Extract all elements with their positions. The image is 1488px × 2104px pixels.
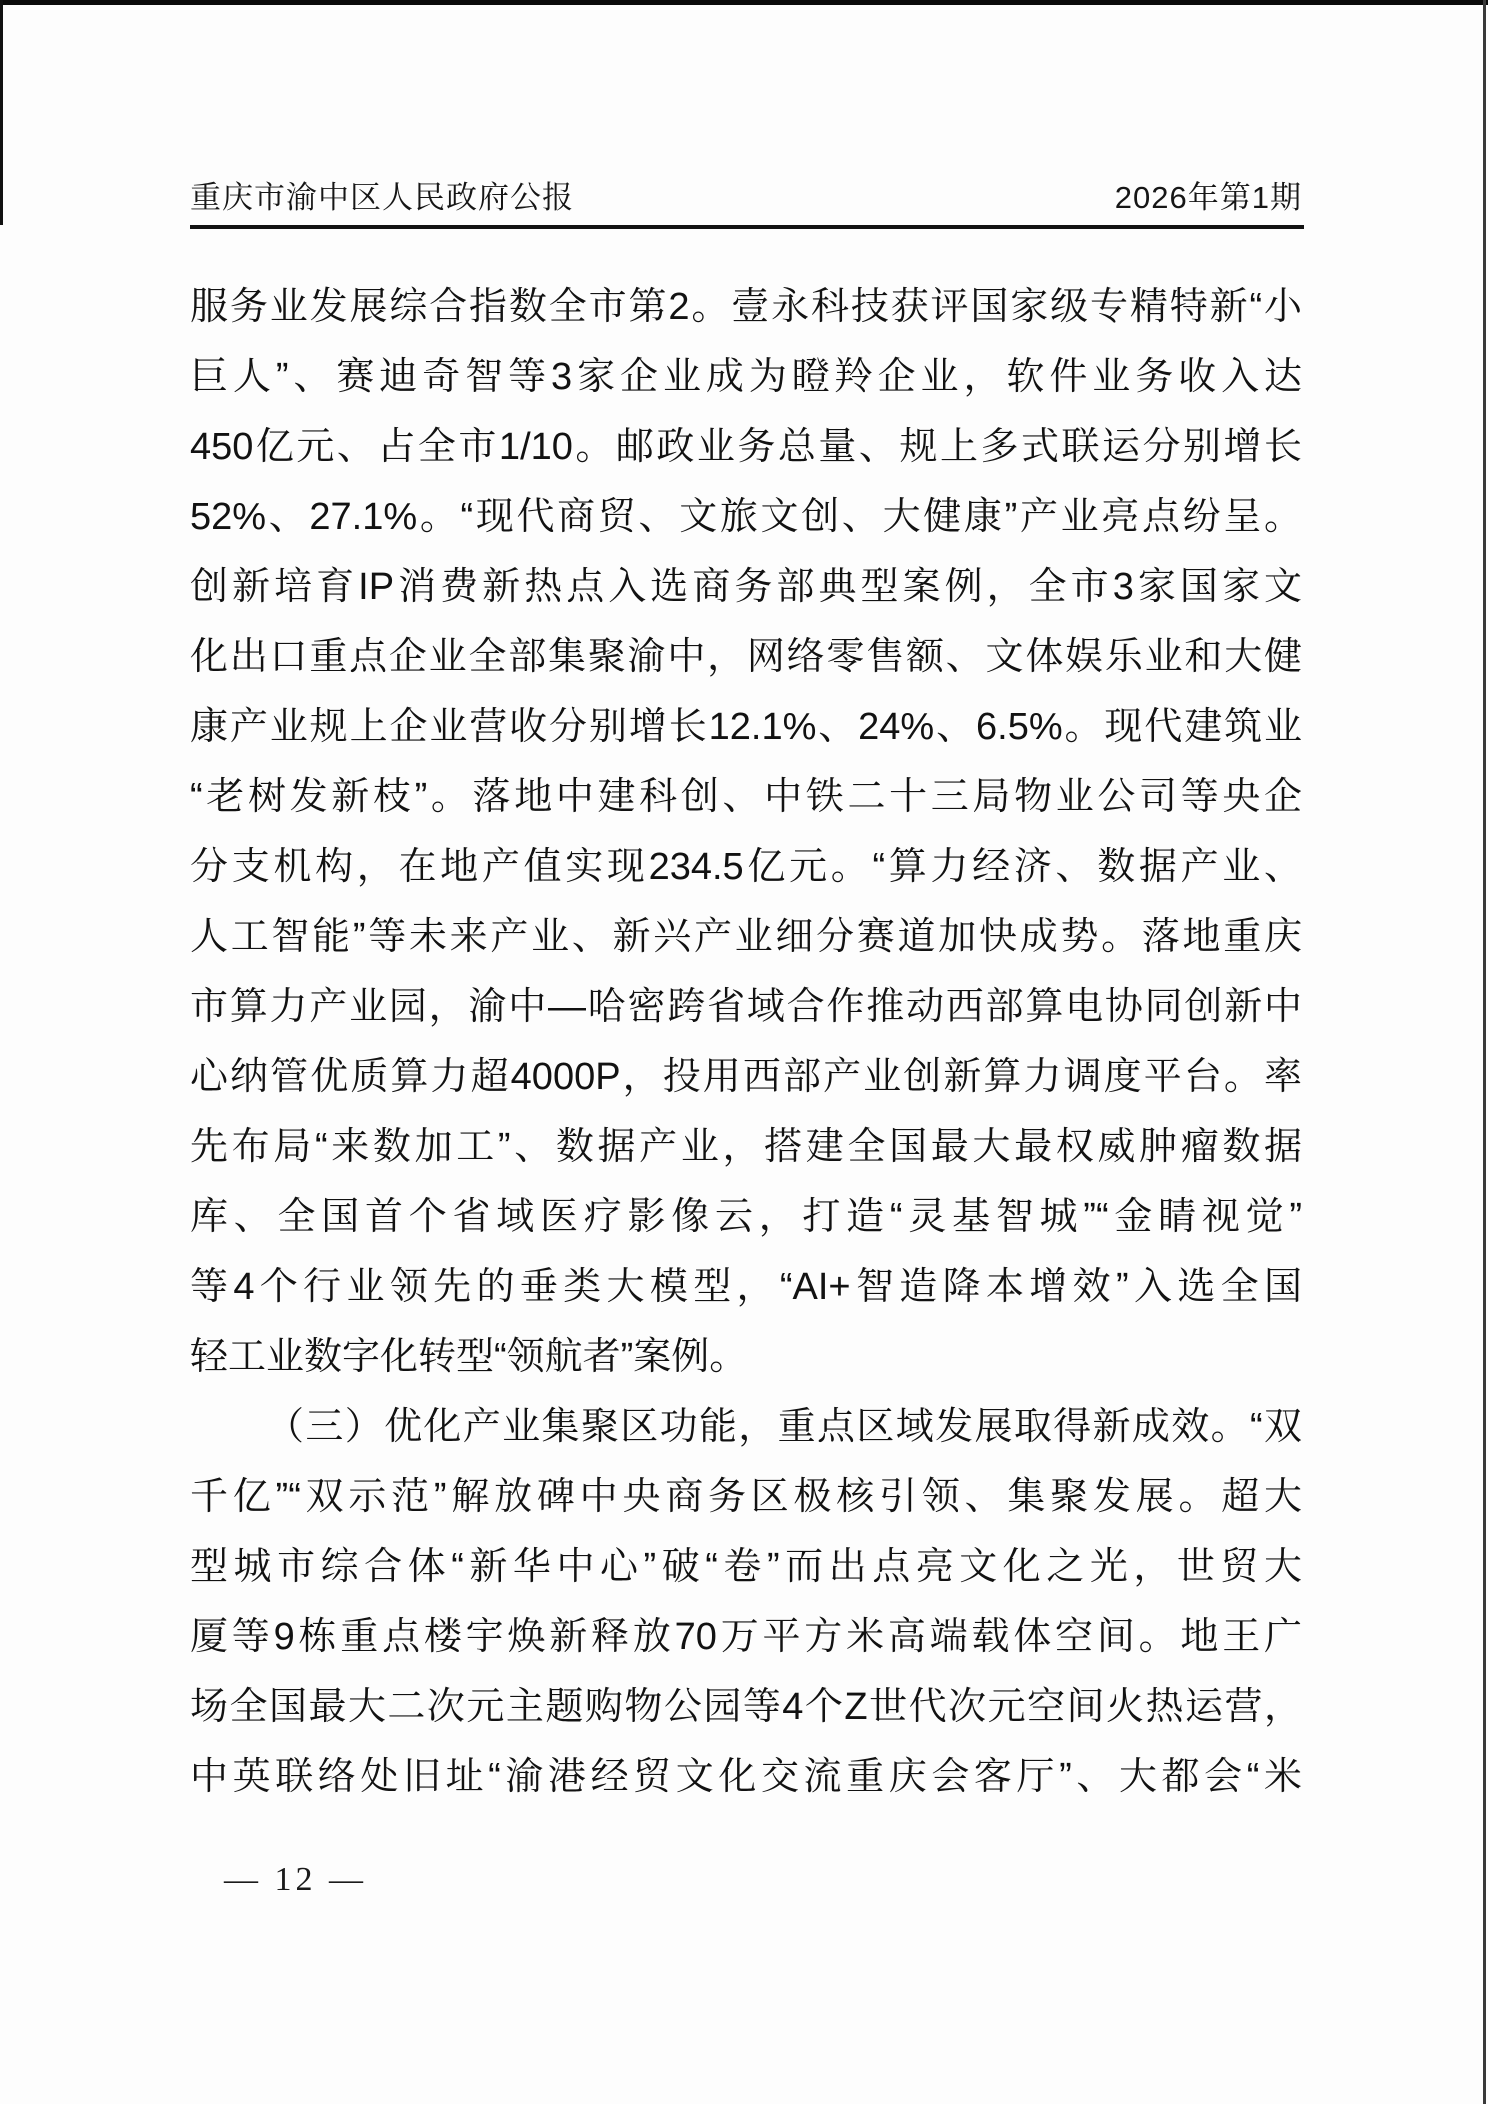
issue-label: 2026年第1期 <box>1115 180 1302 216</box>
body-line: 型城市综合体“新华中心”破“卷”而出点亮文化之光，世贸大 <box>190 1532 1302 1602</box>
body-line: 化出口重点企业全部集聚渝中，网络零售额、文体娱乐业和大健 <box>190 622 1302 692</box>
scan-edge-top <box>0 0 1488 5</box>
publication-title: 重庆市渝中区人民政府公报 <box>190 180 574 216</box>
body-line: “老树发新枝”。落地中建科创、中铁二十三局物业公司等央企 <box>190 762 1302 832</box>
running-head: 重庆市渝中区人民政府公报 2026年第1期 <box>190 180 1302 220</box>
body-line: 人工智能”等未来产业、新兴产业细分赛道加快成势。落地重庆 <box>190 902 1302 972</box>
page-footer: — 12 — <box>224 1858 367 1902</box>
scan-edge-right <box>1483 0 1486 2104</box>
body-text: 服务业发展综合指数全市第2。壹永科技获评国家级专精特新“小巨人”、赛迪奇智等3家… <box>190 272 1302 1812</box>
body-line: 52%、27.1%。“现代商贸、文旅文创、大健康”产业亮点纷呈。 <box>190 482 1302 552</box>
body-line: 轻工业数字化转型“领航者”案例。 <box>190 1322 1302 1392</box>
body-line: 厦等9栋重点楼宇焕新释放70万平方米高端载体空间。地王广 <box>190 1602 1302 1672</box>
body-line: 库、全国首个省域医疗影像云，打造“灵基智城”“金睛视觉” <box>190 1182 1302 1252</box>
body-line: （三）优化产业集聚区功能，重点区域发展取得新成效。“双 <box>190 1392 1302 1462</box>
body-line: 巨人”、赛迪奇智等3家企业成为瞪羚企业，软件业务收入达 <box>190 342 1302 412</box>
scan-edge-left <box>0 0 3 225</box>
body-line: 千亿”“双示范”解放碑中央商务区极核引领、集聚发展。超大 <box>190 1462 1302 1532</box>
page-number: — 12 — <box>224 1861 367 1898</box>
body-line: 中英联络处旧址“渝港经贸文化交流重庆会客厅”、大都会“米 <box>190 1742 1302 1812</box>
body-line: 先布局“来数加工”、数据产业，搭建全国最大最权威肿瘤数据 <box>190 1112 1302 1182</box>
body-line: 等4个行业领先的垂类大模型，“AI+智造降本增效”入选全国 <box>190 1252 1302 1322</box>
body-line: 450亿元、占全市1/10。邮政业务总量、规上多式联运分别增长 <box>190 412 1302 482</box>
body-line: 市算力产业园，渝中—哈密跨省域合作推动西部算电协同创新中 <box>190 972 1302 1042</box>
body-line: 分支机构，在地产值实现234.5亿元。“算力经济、数据产业、 <box>190 832 1302 902</box>
header-rule <box>190 225 1304 229</box>
body-line: 场全国最大二次元主题购物公园等4个Z世代次元空间火热运营， <box>190 1672 1302 1742</box>
body-line: 创新培育IP消费新热点入选商务部典型案例，全市3家国家文 <box>190 552 1302 622</box>
gazette-page: 重庆市渝中区人民政府公报 2026年第1期 服务业发展综合指数全市第2。壹永科技… <box>0 0 1488 2104</box>
body-line: 心纳管优质算力超4000P，投用西部产业创新算力调度平台。率 <box>190 1042 1302 1112</box>
body-line: 服务业发展综合指数全市第2。壹永科技获评国家级专精特新“小 <box>190 272 1302 342</box>
body-line: 康产业规上企业营收分别增长12.1%、24%、6.5%。现代建筑业 <box>190 692 1302 762</box>
